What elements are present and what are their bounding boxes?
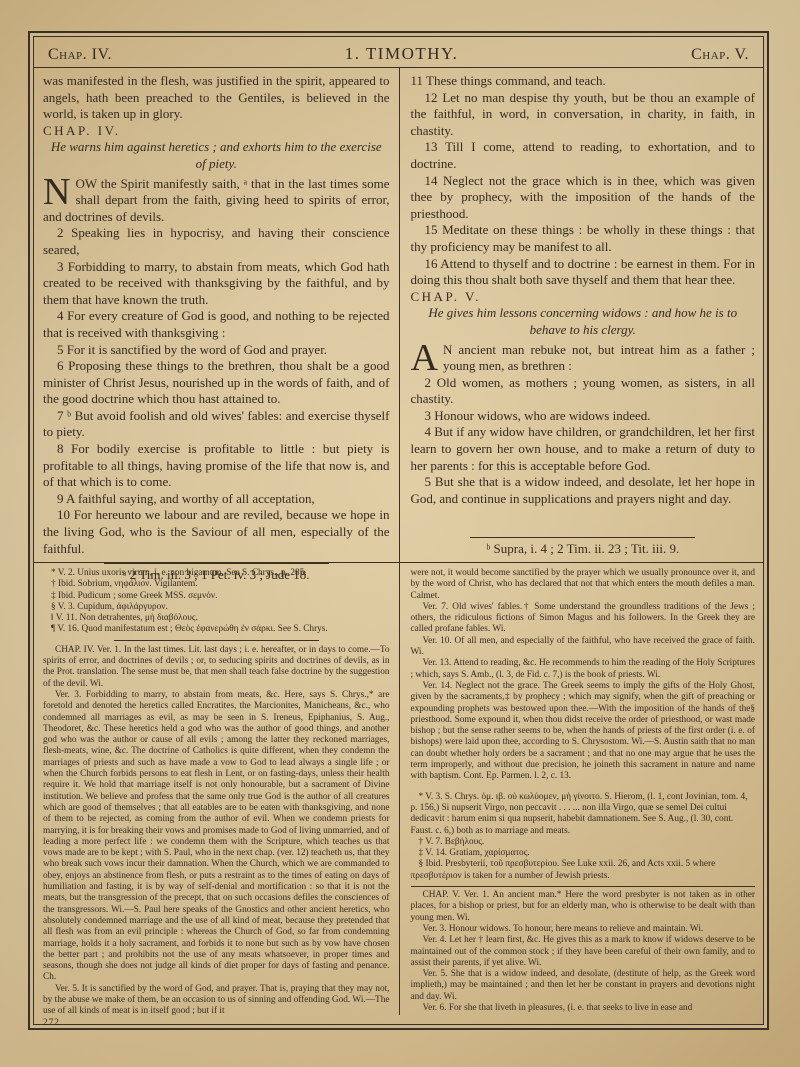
page-frame: Chap. IV. 1. TIMOTHY. Chap. V. was manif… bbox=[28, 31, 769, 1030]
commentary-note-double-dagger: ‡ Ibid. Pudicum ; some Greek MSS. σεμνόν… bbox=[43, 591, 390, 602]
verse-paragraph-v-3: 3 Honour widows, who are widows indeed. bbox=[411, 408, 756, 425]
commentary-chap-v-ver-5: Ver. 5. She that is a widow indeed, and … bbox=[411, 969, 756, 1003]
drop-cap-n: N bbox=[43, 176, 75, 208]
verse-v-1-text: N ancient man rebuke not, but intreat hi… bbox=[443, 342, 755, 374]
header-chapter-right: Chap. V. bbox=[691, 46, 749, 64]
commentary-note-parallel-mark: ‖ V. 11. Non detrahentes, μὴ διαβόλους. bbox=[43, 613, 390, 624]
verse-paragraph-iv-13: 13 Till I come, attend to reading, to ex… bbox=[411, 139, 756, 172]
commentary-note-pilcrow: ¶ V. 16. Quod manifestatum est ; Θεὸς ἐφ… bbox=[43, 624, 390, 635]
running-header: Chap. IV. 1. TIMOTHY. Chap. V. bbox=[34, 38, 763, 68]
notes-gap bbox=[411, 783, 756, 792]
commentary-note-v3-chrys: * V. 3. S. Chrys. ὁμ. ιβ. οὐ κωλύομεν, μ… bbox=[411, 792, 756, 837]
verse-paragraph-iv-3: 3 Forbidding to marry, to abstain from m… bbox=[43, 259, 390, 309]
verse-paragraph-iv-11: 11 These things command, and teach. bbox=[411, 73, 756, 90]
commentary-chap-iv-ver-3: Ver. 3. Forbidding to marry, to abstain … bbox=[43, 690, 390, 984]
commentary-chap-v-ver-1: CHAP. V. Ver. 1. An ancient man.* Here t… bbox=[411, 890, 756, 924]
commentary-note-asterisk: * V. 2. Unius uxoris virum, i. e. non bi… bbox=[43, 568, 390, 579]
commentary-left-column: * V. 2. Unius uxoris virum, i. e. non bi… bbox=[34, 563, 399, 1015]
commentary-note-v7-greek: † V. 7. Βεβήλους. bbox=[411, 837, 756, 848]
chapter-v-heading: CHAP. V. bbox=[411, 289, 756, 306]
scripture-left-column: was manifested in the flesh, was justifi… bbox=[34, 68, 399, 562]
commentary-note-section-mark: § V. 3. Cupidum, ἀφιλάργυρον. bbox=[43, 602, 390, 613]
commentary-chap-v-ver-3: Ver. 3. Honour widows. To honour, here m… bbox=[411, 924, 756, 935]
carryover-paragraph: was manifested in the flesh, was justifi… bbox=[43, 73, 390, 123]
verse-paragraph-v-2: 2 Old women, as mothers ; young women, a… bbox=[411, 375, 756, 408]
chapter-v-argument: He gives him lessons concerning widows :… bbox=[417, 305, 750, 338]
verse-paragraph-iv-9: 9 A faithful saying, and worthy of all a… bbox=[43, 491, 390, 508]
verse-paragraph-iv-14: 14 Neglect not the grace which is in the… bbox=[411, 173, 756, 223]
verse-paragraph-iv-8: 8 For bodily exercise is profitable to l… bbox=[43, 441, 390, 491]
verse-paragraph-iv-7: 7 ᵇ But avoid foolish and old wives' fab… bbox=[43, 408, 390, 441]
verse-paragraph-iv-4: 4 For every creature of God is good, and… bbox=[43, 308, 390, 341]
commentary-note-v14-greek: ‡ V. 14. Gratiam, χαρίσματος. bbox=[411, 848, 756, 859]
verse-iv-1-text: OW the Spirit manifestly saith, ᵃ that i… bbox=[43, 176, 390, 224]
commentary-section: * V. 2. Unius uxoris virum, i. e. non bi… bbox=[34, 563, 763, 1015]
verse-paragraph-iv-2: 2 Speaking lies in hypocrisy, and having… bbox=[43, 225, 390, 258]
verse-paragraph-iv-5: 5 For it is sanctified by the word of Go… bbox=[43, 342, 390, 359]
verse-paragraph-v-1: AN ancient man rebuke not, but intreat h… bbox=[411, 342, 756, 375]
commentary-chap-iv-ver-5: Ver. 5. It is sanctified by the word of … bbox=[43, 984, 390, 1018]
commentary-chap-iv-ver-7: Ver. 7. Old wives' fables.† Some underst… bbox=[411, 602, 756, 636]
footnote-reference-b: ᵇ Supra, i. 4 ; 2 Tim. ii. 23 ; Tit. iii… bbox=[411, 531, 756, 562]
commentary-note-dagger: † Ibid. Sobrium, νηφάλιον. Vigilantem. bbox=[43, 579, 390, 590]
scripture-section: was manifested in the flesh, was justifi… bbox=[34, 68, 763, 562]
commentary-right-column: were not, it would become sanctified by … bbox=[399, 563, 764, 1015]
page-number: 272 bbox=[43, 1018, 390, 1029]
header-chapter-left: Chap. IV. bbox=[48, 46, 112, 64]
verse-paragraph-iv-10: 10 For hereunto we labour and are revile… bbox=[43, 507, 390, 557]
commentary-chap-v-ver-4: Ver. 4. Let her † learn first, &c. He gi… bbox=[411, 935, 756, 969]
drop-cap-a: A bbox=[411, 342, 443, 374]
chap-v-separator-rule bbox=[411, 886, 756, 887]
commentary-chap-iv-ver-10: Ver. 10. Of all men, and especially of t… bbox=[411, 636, 756, 659]
verse-paragraph-iv-12: 12 Let no man despise thy youth, but be … bbox=[411, 90, 756, 140]
chapter-iv-argument: He warns him against heretics ; and exho… bbox=[49, 139, 384, 172]
verse-paragraph-iv-1: NOW the Spirit manifestly saith, ᵃ that … bbox=[43, 176, 390, 226]
commentary-chap-v-ver-6: Ver. 6. For she that liveth in pleasures… bbox=[411, 1003, 756, 1014]
chapter-iv-heading: CHAP. IV. bbox=[43, 123, 390, 140]
commentary-chap-iv-ver-1: CHAP. IV. Ver. 1. In the last times. Lit… bbox=[43, 645, 390, 690]
commentary-chap-iv-ver-13: Ver. 13. Attend to reading, &c. He recom… bbox=[411, 658, 756, 681]
verse-paragraph-v-5: 5 But she that is a widow indeed, and de… bbox=[411, 474, 756, 507]
verse-paragraph-iv-6: 6 Proposing these things to the brethren… bbox=[43, 358, 390, 408]
verse-paragraph-iv-15: 15 Meditate on these things : be wholly … bbox=[411, 222, 756, 255]
verse-paragraph-iv-16: 16 Attend to thyself and to doctrine : b… bbox=[411, 256, 756, 289]
commentary-chap-iv-ver-14: Ver. 14. Neglect not the grace. The Gree… bbox=[411, 681, 756, 783]
notes-separator-rule bbox=[114, 640, 319, 641]
commentary-continuation: were not, it would become sanctified by … bbox=[411, 568, 756, 602]
commentary-note-presbyterii: § Ibid. Presbyterii, τοῦ πρεσβυτερίου. S… bbox=[411, 859, 756, 882]
verse-paragraph-v-4: 4 But if any widow have children, or gra… bbox=[411, 424, 756, 474]
header-book-title: 1. TIMOTHY. bbox=[345, 44, 459, 64]
scripture-right-column: 11 These things command, and teach. 12 L… bbox=[399, 68, 764, 562]
